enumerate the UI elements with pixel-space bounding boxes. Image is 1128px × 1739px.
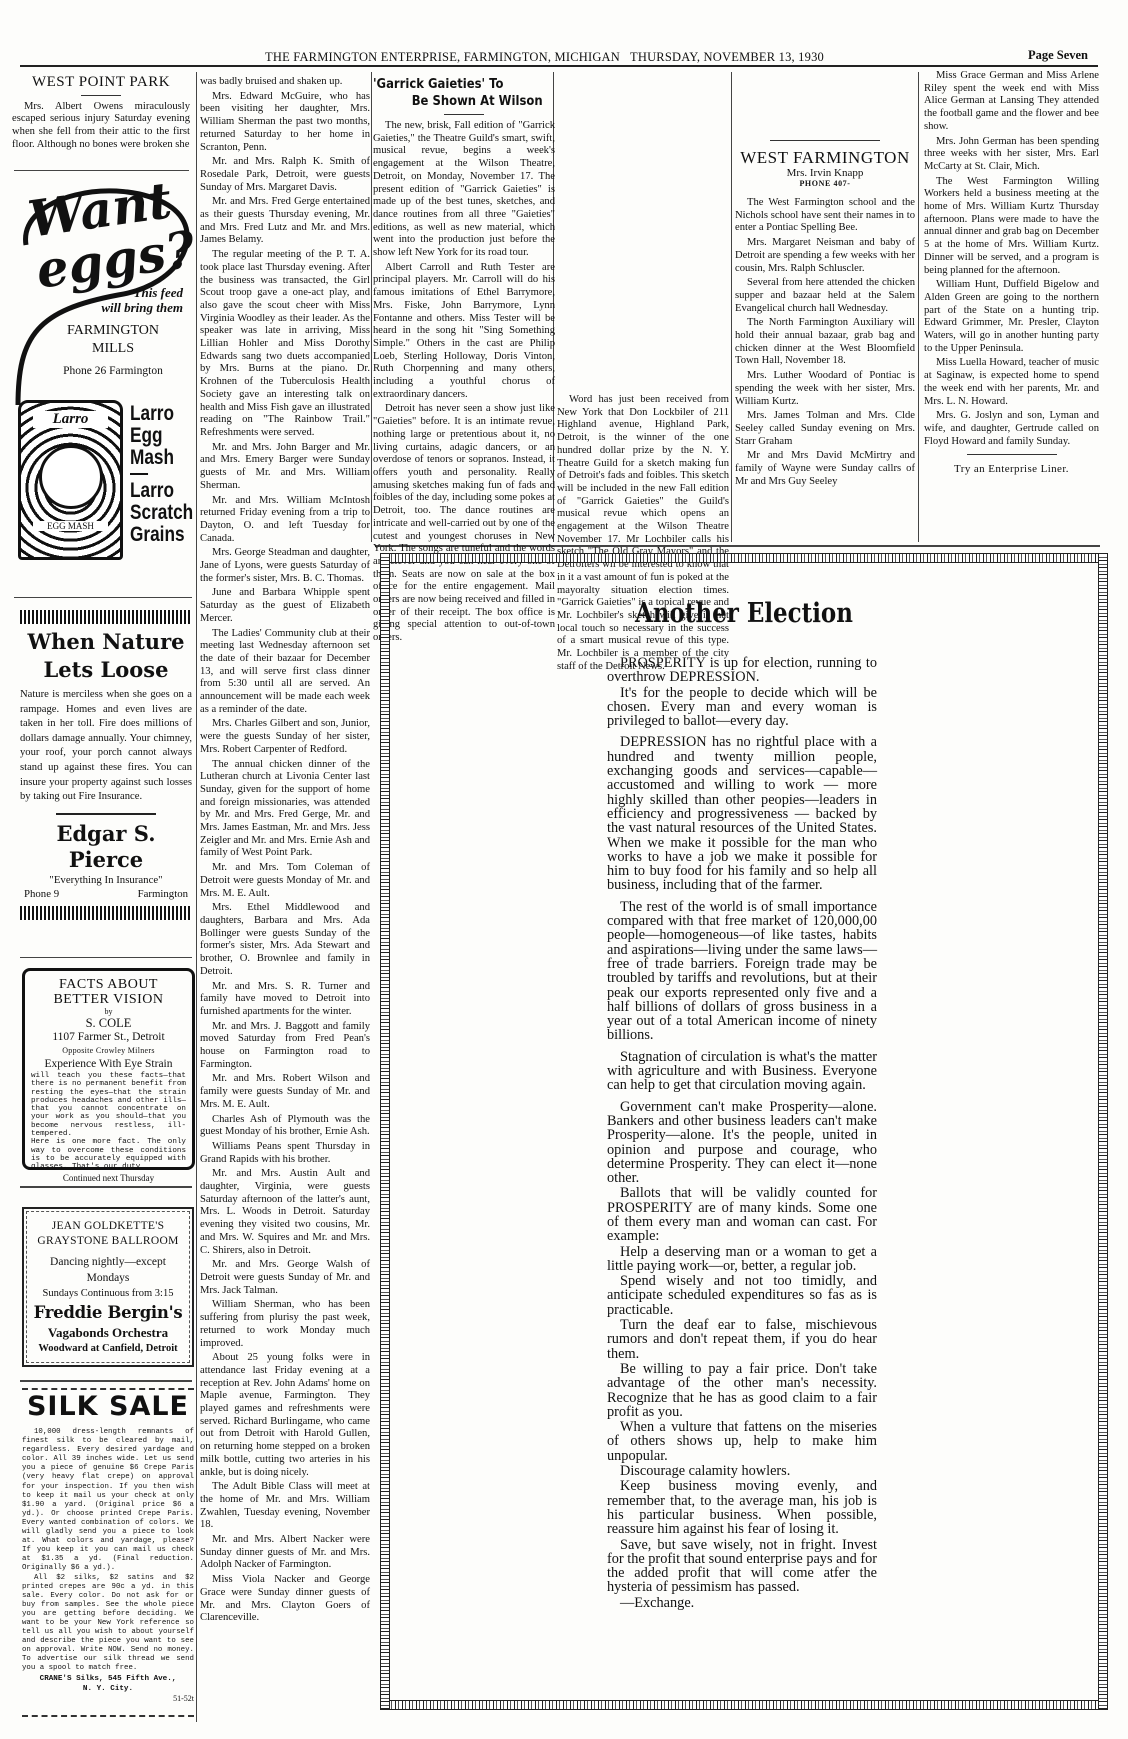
ad-body: Here is one more fact. The only way to o… <box>31 1138 186 1171</box>
article-paragraph: Mrs. John German has been spending three… <box>924 136 1099 174</box>
editorial-paragraph: Discourage calamity howlers. <box>607 1464 877 1478</box>
editorial-paragraph: DEPRESSION has no rightful place with a … <box>607 735 877 892</box>
band-name: Freddie Bergin's <box>28 1302 188 1324</box>
ad-subheading: Experience With Eye Strain <box>31 1056 186 1072</box>
ad-divider <box>20 1186 192 1188</box>
editorial-paragraph: The rest of the world is of small import… <box>607 900 877 1043</box>
west-farmington-continued: Miss Grace German and Miss Arlene Riley … <box>924 70 1099 476</box>
heading-rule <box>444 114 484 115</box>
ad-tagline: This feed will bring them <box>101 285 183 315</box>
article-paragraph: Mr. and Mrs. J. Baggott and family moved… <box>200 1021 370 1072</box>
editorial-source: —Exchange. <box>607 1596 877 1610</box>
ad-body: Nature is merciless when she goes on a r… <box>20 688 192 805</box>
heading-rule <box>770 140 880 141</box>
ad-phone: Phone 26 Farmington <box>28 365 198 377</box>
article-paragraph: Several from here attended the chicken s… <box>735 277 915 315</box>
ad-headline: FACTS ABOUT <box>31 977 186 992</box>
ornamental-border-bottom <box>380 1700 1108 1710</box>
article-paragraph: William Sherman, who has been suffering … <box>200 1299 370 1350</box>
article-paragraph: Mrs. Edward McGuire, who has been visiti… <box>200 91 370 155</box>
article-paragraph: Mrs. Albert Owens miraculously escaped s… <box>12 101 190 152</box>
article-paragraph: Miss Viola Nacker and George Grace were … <box>200 1574 370 1625</box>
article-paragraph: The annual chicken dinner of the Luthera… <box>200 759 370 861</box>
article-paragraph: Mr. and Mrs. Albert Nacker were Sunday d… <box>200 1534 370 1572</box>
ad-address: 1107 Farmer St., Detroit <box>31 1030 186 1045</box>
editorial-paragraph: Spend wisely and not too timidly, and an… <box>607 1274 877 1317</box>
editorial-paragraph: Turn the deaf ear to false, mischievous … <box>607 1318 877 1361</box>
ornament-divider <box>56 813 156 815</box>
article-paragraph: Miss Grace German and Miss Arlene Riley … <box>924 70 1099 134</box>
editorial-paragraph: Keep business moving evenly, and remembe… <box>607 1479 877 1536</box>
article-paragraph: The new, brisk, Fall edition of "Garrick… <box>373 120 555 260</box>
article-paragraph: The regular meeting of the P. T. A. took… <box>200 249 370 440</box>
article-paragraph: Mrs. G. Joslyn and son, Lyman and wife, … <box>924 410 1099 448</box>
editorial-paragraph: PROSPERITY is up for election, running t… <box>607 656 877 685</box>
editorial-paragraph: Help a deserving man or a woman to get a… <box>607 1245 877 1274</box>
decorative-border <box>22 1715 194 1717</box>
west-point-park-lead: WEST POINT PARK Mrs. Albert Owens miracu… <box>12 76 190 154</box>
article-paragraph: Charles Ash of Plymouth was the guest Mo… <box>200 1114 370 1139</box>
correspondent-name: Mrs. Irvin Knapp <box>735 167 915 179</box>
article-paragraph: Mr. and Mrs. George Walsh of Detroit wer… <box>200 1259 370 1297</box>
ad-company: FARMINGTON MILLS <box>38 322 188 358</box>
column-divider <box>731 72 732 542</box>
ad-slogan: "Everything In Insurance" <box>20 873 192 887</box>
advertiser-name: S. COLE <box>31 1016 186 1030</box>
west-point-park-continued: was badly bruised and shaken up. Mrs. Ed… <box>200 76 370 1627</box>
ornamental-border-right <box>1098 553 1108 1710</box>
article-paragraph: Mr. and Mrs. Austin Ault and daughter, V… <box>200 1168 370 1257</box>
ad-headline: SILK SALE <box>22 1390 194 1424</box>
ad-address: CRANE'S Silks, 545 Fifth Ave., N. Y. Cit… <box>22 1674 194 1694</box>
article-paragraph: Mr. and Mrs. John Barger and Mr. and Mrs… <box>200 442 370 493</box>
issue-date: THURSDAY, NOVEMBER 13, 1930 <box>630 50 824 64</box>
page-number: Page Seven <box>1028 48 1088 63</box>
editorial-paragraph: When a vulture that fattens on the miser… <box>607 1420 877 1463</box>
ad-body: 10,000 dress-length remnants of finest s… <box>22 1428 194 1674</box>
ornamental-border-top <box>380 553 1108 563</box>
heading-rule <box>967 454 1057 455</box>
ad-divider <box>14 597 192 598</box>
ad-continued: Continued next Thursday <box>31 1172 186 1184</box>
ornamental-border-left <box>380 553 390 1710</box>
larro-eggs-ad: Want eggs? This feed will bring them FAR… <box>8 175 193 565</box>
article-paragraph: Mrs. James Tolman and Mrs. Clde Seeley c… <box>735 410 915 448</box>
editorial-paragraph: It's for the people to decide which will… <box>607 686 877 729</box>
graystone-ballroom-ad: JEAN GOLDKETTE'S GRAYSTONE BALLROOM Danc… <box>22 1207 194 1367</box>
article-paragraph: The North Farmington Auxiliary will hold… <box>735 317 915 368</box>
article-paragraph: About 25 young folks were in attendance … <box>200 1352 370 1479</box>
ad-body: will teach you these facts—that there is… <box>31 1072 186 1138</box>
article-paragraph: Williams Peans spent Thursday in Grand R… <box>200 1141 370 1166</box>
article-paragraph: Mr. and Mrs. Ralph K. Smith of Rosedale … <box>200 156 370 194</box>
article-paragraph: Mr. and Mrs. S. R. Turner and family hav… <box>200 981 370 1019</box>
editorial-title: Another Election <box>435 598 1054 629</box>
ad-code: 51-52t <box>22 1694 194 1703</box>
article-paragraph: The Adult Bible Class will meet at the h… <box>200 1481 370 1532</box>
section-heading: WEST POINT PARK <box>12 76 190 89</box>
article-paragraph: Mrs. Margaret Neisman and baby of Detroi… <box>735 237 915 275</box>
article-paragraph: Mr. and Mrs. Tom Coleman of Detroit were… <box>200 862 370 900</box>
column-divider <box>196 72 197 1722</box>
ad-divider <box>20 957 192 958</box>
west-farmington-column: WEST FARMINGTON Mrs. Irvin Knapp PHONE 4… <box>735 140 915 490</box>
ad-headline: BETTER VISION <box>31 992 186 1007</box>
editorial-box: Another Election PROSPERITY is up for el… <box>380 553 1108 1710</box>
article-paragraph: Miss Luella Howard, teacher of music at … <box>924 357 1099 408</box>
editorial-paragraph: Save, but save wisely, not in fright. In… <box>607 1538 877 1595</box>
article-paragraph: Mr. and Mrs. Fred Gerge entertained as t… <box>200 196 370 247</box>
editorial-body: PROSPERITY is up for election, running t… <box>607 656 877 1611</box>
column-divider <box>918 72 919 542</box>
article-paragraph: June and Barbara Whipple spent Saturday … <box>200 587 370 625</box>
decorative-border <box>20 610 192 624</box>
ad-address: Woodward at Canfield, Detroit <box>28 1341 188 1356</box>
silk-sale-ad: SILK SALE 10,000 dress-length remnants o… <box>22 1388 194 1717</box>
article-paragraph: The West Farmington school and the Nicho… <box>735 197 915 235</box>
article-headline: 'Garrick Gaieties' To Be Shown At Wilson <box>373 76 554 110</box>
column-divider <box>371 72 372 542</box>
article-paragraph: Mrs. George Steadman and daughter, Jane … <box>200 547 370 585</box>
masthead-rule <box>20 65 1098 67</box>
article-paragraph: Mr. and Mrs. Robert Wilson and family we… <box>200 1073 370 1111</box>
article-paragraph: The West Farmington Willing Workers held… <box>924 176 1099 278</box>
editorial-paragraph: Stagnation of circulation is what's the … <box>607 1050 877 1093</box>
ad-contact: Phone 9 Farmington <box>20 887 192 901</box>
ad-headline: When Nature Lets Loose <box>20 628 192 684</box>
masthead: THE FARMINGTON ENTERPRISE, FARMINGTON, M… <box>0 48 1128 70</box>
filler-line: Try an Enterprise Liner. <box>924 463 1099 476</box>
editorial-paragraph: Ballots that will be validly counted for… <box>607 1186 877 1243</box>
editorial-paragraph: Be willing to pay a fair price. Don't ta… <box>607 1362 877 1419</box>
hen-emblem-icon <box>39 445 103 509</box>
decorative-border <box>20 906 192 920</box>
article-paragraph: was badly bruised and shaken up. <box>200 76 370 89</box>
editorial-paragraph: Government can't make Prosperity—alone. … <box>607 1100 877 1186</box>
feed-bag-icon: Larro EGG MASH <box>18 400 123 560</box>
ad-divider <box>20 1380 192 1382</box>
ad-products: Larro Egg Mash Larro Scratch Grains <box>130 403 187 546</box>
better-vision-ad: FACTS ABOUT BETTER VISION by S. COLE 110… <box>22 968 195 1170</box>
article-paragraph: Mrs. Luther Woodard of Pontiac is spendi… <box>735 370 915 408</box>
article-paragraph: The Ladies' Community club at their meet… <box>200 628 370 717</box>
masthead-title: THE FARMINGTON ENTERPRISE, FARMINGTON, M… <box>265 50 824 65</box>
fire-insurance-ad: When Nature Lets Loose Nature is mercile… <box>20 610 192 920</box>
article-paragraph: Mr and Mrs David McMirtry and family of … <box>735 450 915 488</box>
article-paragraph: William Hunt, Duffield Bigelow and Alden… <box>924 279 1099 355</box>
article-paragraph: Mrs. Ethel Middlewood and daughters, Bar… <box>200 902 370 978</box>
article-paragraph: Mr. and Mrs. William McIntosh returned F… <box>200 495 370 546</box>
correspondent-phone: PHONE 407- <box>735 179 915 189</box>
advertiser-name: Edgar S. Pierce <box>20 821 192 873</box>
heading-rule <box>81 95 121 96</box>
article-paragraph: Mrs. Charles Gilbert and son, Junior, we… <box>200 718 370 756</box>
article-paragraph: Albert Carroll and Ruth Tester are princ… <box>373 262 555 402</box>
section-heading: WEST FARMINGTON <box>735 149 915 167</box>
